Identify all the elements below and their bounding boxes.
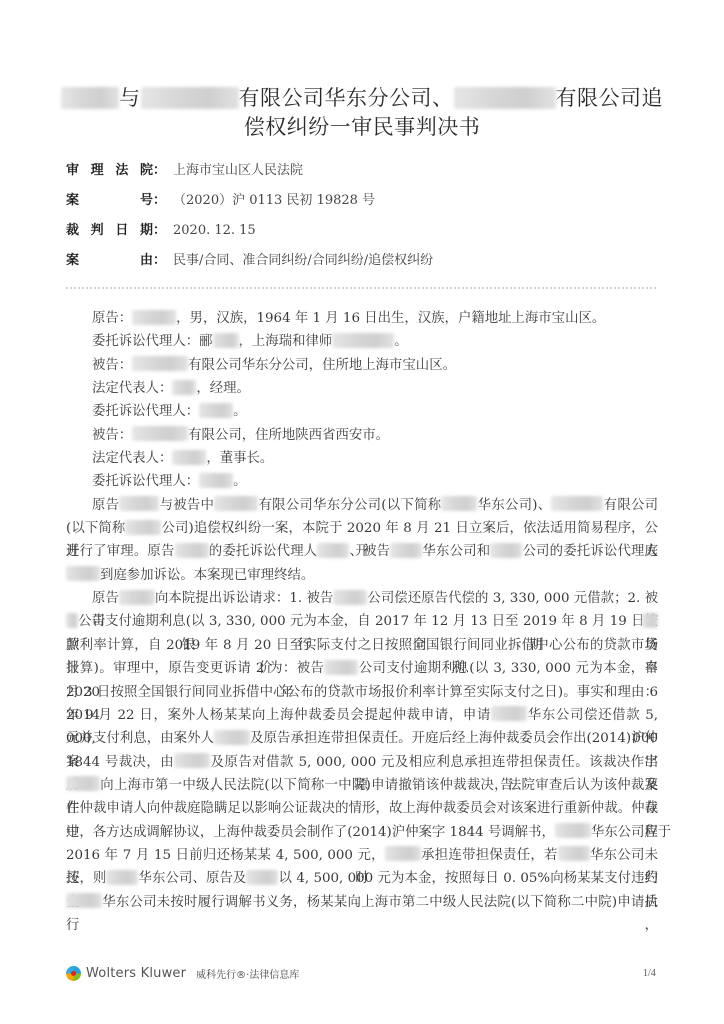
meta-label: 审理法院 (66, 159, 153, 183)
party-defendant-2: 被告：有限公司，住所地陕西省西安市。 (66, 424, 658, 447)
party-defendant-1-agent: 委托诉讼代理人：。 (66, 400, 658, 423)
redacted-name (172, 450, 206, 465)
party-defendant-1-rep: 法定代表人：，经理。 (66, 377, 658, 400)
meta-value: 2020. 12. 15 (173, 219, 256, 243)
party-defendant-2-agent: 委托诉讼代理人：。 (66, 470, 658, 493)
redacted-company (454, 87, 556, 109)
footer-brand: Wolters Kluwer 威科先行®·法律信息库 (66, 966, 299, 981)
wolters-kluwer-logo-icon (66, 966, 81, 981)
title-line-1: 与有限公司华东分公司、有限公司追 (60, 84, 664, 113)
meta-judgment-date: 裁判日期 ： 2020. 12. 15 (66, 216, 666, 246)
case-metadata: 审理法院 ： 上海市宝山区人民法院 案号 ： （2020）沪 0113 民初 1… (66, 156, 666, 276)
redacted-name (132, 310, 176, 325)
redacted-name (61, 87, 119, 109)
product-name: 威科先行®·法律信息库 (196, 966, 299, 981)
meta-label: 案号 (66, 189, 153, 213)
document-title: 与有限公司华东分公司、有限公司追 偿权纠纷一审民事判决书 (60, 84, 664, 142)
brand-name: Wolters Kluwer (86, 966, 186, 981)
redacted-name (213, 333, 239, 348)
redacted-name (199, 403, 233, 418)
meta-case-number: 案号 ： （2020）沪 0113 民初 19828 号 (66, 186, 666, 216)
redacted-name (172, 380, 196, 395)
meta-value: 上海市宝山区人民法院 (173, 159, 303, 183)
redacted-company (132, 356, 188, 371)
paragraph-case-intro: 原告与被告中有限公司华东分公司(以下简称华东公司)、有限公司 (以下简称公司)追… (66, 494, 658, 587)
redacted-name (199, 473, 233, 488)
document-page: 与有限公司华东分公司、有限公司追 偿权纠纷一审民事判决书 审理法院 ： 上海市宝… (0, 0, 724, 1024)
meta-cause: 案由 ： 民事/合同、准合同纠纷/合同纠纷/追偿权纠纷 (66, 246, 666, 276)
paragraph-claims-and-facts: 原告向本院提出诉讼请求：1. 被告公司偿还原告代偿的 3, 330, 000 元… (66, 587, 658, 914)
party-plaintiff: 原告：，男，汉族，1964 年 1 月 16 日出生，汉族，户籍地址上海市宝山区… (66, 307, 658, 330)
party-plaintiff-agent: 委托诉讼代理人：郦，上海瑞和律师。 (66, 330, 658, 353)
redacted-company (141, 87, 239, 109)
redacted-company (132, 426, 188, 441)
meta-value: （2020）沪 0113 民初 19828 号 (173, 189, 375, 213)
document-body: 原告：，男，汉族，1964 年 1 月 16 日出生，汉族，户籍地址上海市宝山区… (66, 307, 658, 914)
meta-court: 审理法院 ： 上海市宝山区人民法院 (66, 156, 666, 186)
dotted-divider (66, 287, 656, 289)
party-defendant-1: 被告：有限公司华东分公司，住所地上海市宝山区。 (66, 354, 658, 377)
page-number: 1/4 (643, 968, 656, 979)
redacted-firm (332, 333, 394, 348)
title-line-2: 偿权纠纷一审民事判决书 (60, 113, 664, 142)
meta-label: 案由 (66, 249, 153, 273)
party-defendant-2-rep: 法定代表人：，董事长。 (66, 447, 658, 470)
meta-label: 裁判日期 (66, 219, 153, 243)
meta-value: 民事/合同、准合同纠纷/合同纠纷/追偿权纠纷 (173, 249, 433, 273)
